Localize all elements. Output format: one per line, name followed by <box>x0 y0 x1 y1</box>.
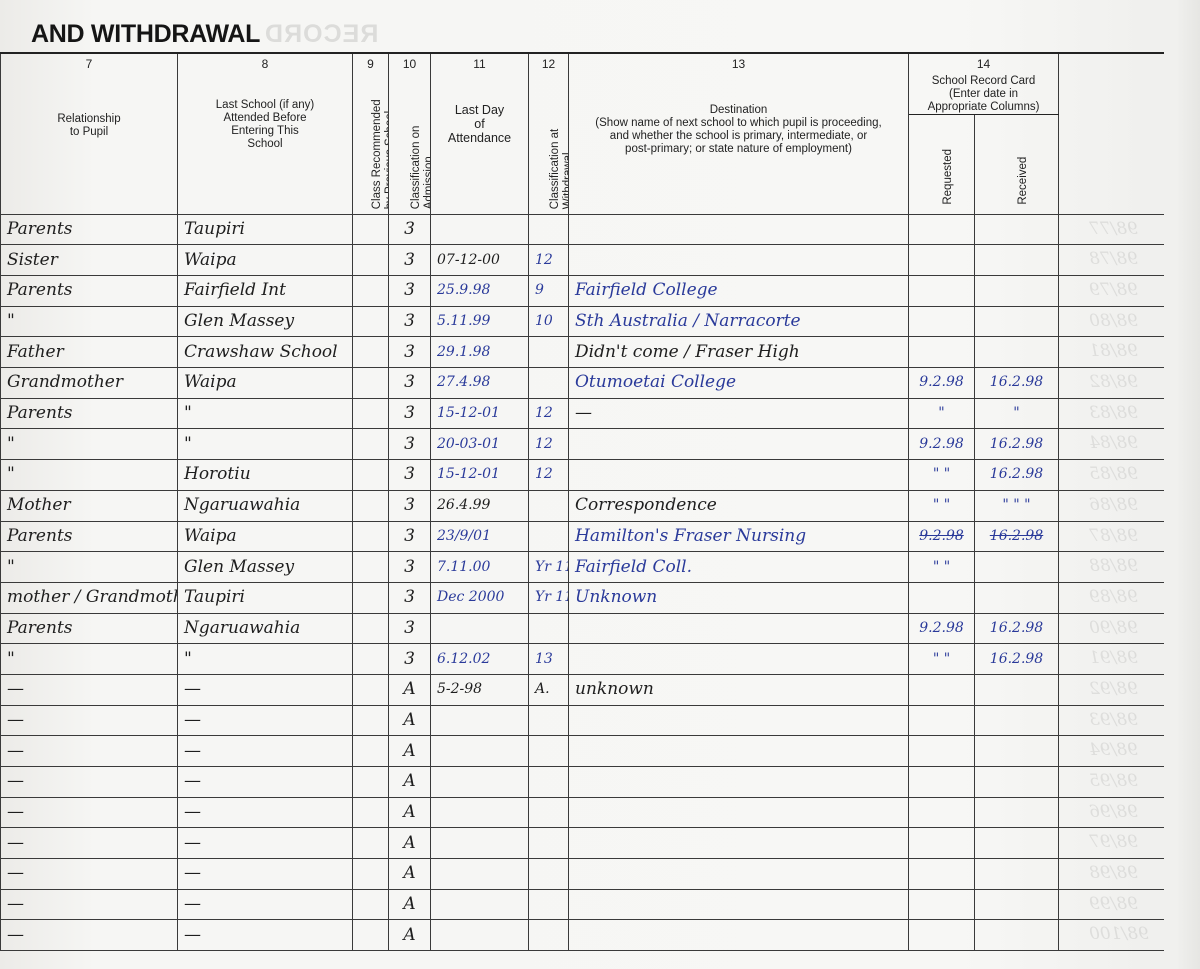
table-row: mother / GrandmotherTaupiri3Dec 2000Yr 1… <box>1 582 1164 613</box>
table-row: ParentsNgaruawahia39.2.9816.2.9898/90 <box>1 613 1164 644</box>
register-rows: ParentsTaupiri398/77SisterWaipa307-12-00… <box>1 214 1164 951</box>
header-last-school: 8 Last School (if any) Attended Before E… <box>178 53 353 214</box>
blank-cell: 98/88 <box>1059 552 1164 583</box>
record-requested-cell <box>909 828 975 859</box>
class-admission-cell: 3 <box>389 429 431 460</box>
class-admission-cell-text: 3 <box>389 553 430 582</box>
blank-cell: 98/87 <box>1059 521 1164 552</box>
destination-cell <box>569 429 909 460</box>
last-day-cell-text: 15-12-01 <box>431 460 528 489</box>
destination-cell <box>569 736 909 767</box>
last-day-cell: 15-12-01 <box>431 398 529 429</box>
class-admission-cell: 3 <box>389 398 431 429</box>
class-admission-cell: 3 <box>389 306 431 337</box>
record-requested-cell <box>909 705 975 736</box>
table-row: ——A98/94 <box>1 736 1164 767</box>
relationship-cell: — <box>1 705 178 736</box>
last-school-cell-text: " <box>178 645 352 674</box>
table-row: ——A98/97 <box>1 828 1164 859</box>
destination-cell <box>569 245 909 276</box>
blank-cell: 98/97 <box>1059 828 1164 859</box>
destination-cell: Hamilton's Fraser Nursing <box>569 521 909 552</box>
last-day-cell: 5.11.99 <box>431 306 529 337</box>
relationship-cell-text: — <box>1 767 177 796</box>
class-admission-cell: 3 <box>389 582 431 613</box>
record-requested-cell <box>909 306 975 337</box>
class-admission-cell-text: 3 <box>389 276 430 305</box>
class-recommended-cell <box>353 767 389 798</box>
class-admission-cell-text: 3 <box>389 399 430 428</box>
bleed-through-admission-number: 98/90 <box>1089 618 1138 638</box>
last-day-cell: 20-03-01 <box>431 429 529 460</box>
class-recommended-cell <box>353 889 389 920</box>
class-withdrawal-cell: 12 <box>529 429 569 460</box>
last-day-cell: 27.4.98 <box>431 368 529 399</box>
record-requested-cell-text: " " <box>909 460 974 489</box>
blank-cell: 98/95 <box>1059 767 1164 798</box>
last-day-cell: 07-12-00 <box>431 245 529 276</box>
header-destination: 13 Destination (Show name of next school… <box>569 53 909 214</box>
relationship-cell: " <box>1 552 178 583</box>
record-requested-cell: " " <box>909 460 975 491</box>
class-withdrawal-cell-text: 13 <box>529 645 568 674</box>
record-received-cell <box>975 705 1059 736</box>
record-received-cell: 16.2.98 <box>975 613 1059 644</box>
table-row: ""36.12.0213" "16.2.9898/91 <box>1 644 1164 675</box>
blank-cell: 98/83 <box>1059 398 1164 429</box>
class-admission-cell-text: 3 <box>389 246 430 275</box>
destination-cell <box>569 828 909 859</box>
last-school-cell: Glen Massey <box>178 306 353 337</box>
class-admission-cell-text: 3 <box>389 614 430 643</box>
blank-cell: 98/91 <box>1059 644 1164 675</box>
last-school-cell-text: Horotiu <box>178 460 352 489</box>
last-day-cell <box>431 613 529 644</box>
class-admission-cell: A <box>389 828 431 859</box>
table-row: ——A5-2-98A.unknown98/92 <box>1 674 1164 705</box>
destination-cell: unknown <box>569 674 909 705</box>
record-received-cell-text: 16.2.98 <box>975 645 1058 674</box>
record-received-cell <box>975 245 1059 276</box>
last-school-cell-text: — <box>178 859 352 888</box>
class-withdrawal-cell <box>529 613 569 644</box>
table-row: FatherCrawshaw School329.1.98Didn't come… <box>1 337 1164 368</box>
class-admission-cell: A <box>389 674 431 705</box>
relationship-cell-text: Sister <box>1 246 177 275</box>
record-requested-cell-text: 9.2.98 <box>909 368 974 397</box>
destination-cell <box>569 613 909 644</box>
last-day-cell: 25.9.98 <box>431 276 529 307</box>
relationship-cell: Parents <box>1 276 178 307</box>
record-received-cell-text: 16.2.98 <box>975 368 1058 397</box>
relationship-cell: Sister <box>1 245 178 276</box>
blank-cell: 98/81 <box>1059 337 1164 368</box>
last-school-cell: " <box>178 429 353 460</box>
last-school-cell-text: — <box>178 921 352 950</box>
relationship-cell: — <box>1 797 178 828</box>
table-row: ""320-03-01129.2.9816.2.9898/84 <box>1 429 1164 460</box>
record-requested-cell-text: " <box>909 399 974 428</box>
class-admission-cell-text: A <box>389 859 430 888</box>
relationship-cell: Parents <box>1 521 178 552</box>
blank-cell: 98/85 <box>1059 460 1164 491</box>
header-school-record-card: 14 School Record Card (Enter date in App… <box>909 53 1059 114</box>
destination-cell <box>569 920 909 951</box>
class-withdrawal-cell-text: 9 <box>529 276 568 305</box>
header-last-day: 11 Last Day of Attendance <box>431 53 529 214</box>
record-received-cell <box>975 337 1059 368</box>
last-day-cell <box>431 736 529 767</box>
last-day-cell-text: Dec 2000 <box>431 583 528 612</box>
record-requested-cell: " " <box>909 552 975 583</box>
bleed-through-admission-number: 98/92 <box>1089 679 1138 699</box>
table-row: "Glen Massey37.11.00Yr 11Fairfield Coll.… <box>1 552 1164 583</box>
class-withdrawal-cell <box>529 797 569 828</box>
last-school-cell: Ngaruawahia <box>178 613 353 644</box>
table-row: MotherNgaruawahia326.4.99Correspondence"… <box>1 490 1164 521</box>
record-requested-cell-text: 9.2.98 <box>909 522 974 551</box>
record-received-cell-text: 16.2.98 <box>975 522 1058 551</box>
bleed-through-admission-number: 98/86 <box>1089 495 1138 515</box>
bleed-through-admission-number: 98/80 <box>1089 311 1138 331</box>
record-requested-cell <box>909 767 975 798</box>
destination-cell-text: — <box>569 399 908 428</box>
blank-cell: 98/93 <box>1059 705 1164 736</box>
last-school-cell: — <box>178 889 353 920</box>
class-recommended-cell <box>353 736 389 767</box>
class-recommended-cell <box>353 276 389 307</box>
last-school-cell-text: " <box>178 399 352 428</box>
destination-cell: — <box>569 398 909 429</box>
last-school-cell: Horotiu <box>178 460 353 491</box>
class-recommended-cell <box>353 306 389 337</box>
record-requested-cell: 9.2.98 <box>909 613 975 644</box>
relationship-cell-text: — <box>1 829 177 858</box>
class-withdrawal-cell: Yr 11 <box>529 552 569 583</box>
bleed-through-admission-number: 98/81 <box>1089 341 1138 361</box>
blank-cell: 98/98 <box>1059 859 1164 890</box>
admission-withdrawal-register: 7 Relationship to Pupil 8 Last School (i… <box>0 52 1164 951</box>
record-received-cell-text: 16.2.98 <box>975 460 1058 489</box>
last-day-cell <box>431 767 529 798</box>
last-school-cell-text: " <box>178 430 352 459</box>
relationship-cell: Parents <box>1 214 178 245</box>
class-withdrawal-cell <box>529 337 569 368</box>
class-admission-cell: A <box>389 889 431 920</box>
class-admission-cell-text: 3 <box>389 307 430 336</box>
class-admission-cell: A <box>389 705 431 736</box>
class-recommended-cell <box>353 859 389 890</box>
table-row: ——A98/100 <box>1 920 1164 951</box>
class-admission-cell: 3 <box>389 276 431 307</box>
header-classification-admission: 10 Classification onAdmission <box>389 53 431 214</box>
relationship-cell: — <box>1 828 178 859</box>
record-requested-cell: 9.2.98 <box>909 368 975 399</box>
destination-cell <box>569 214 909 245</box>
last-day-cell-text: 20-03-01 <box>431 430 528 459</box>
table-row: ——A98/96 <box>1 797 1164 828</box>
record-received-cell-text: " " " <box>975 491 1058 520</box>
last-school-cell: — <box>178 736 353 767</box>
record-received-cell: 16.2.98 <box>975 368 1059 399</box>
record-received-cell <box>975 767 1059 798</box>
table-row: Parents"315-12-0112—""98/83 <box>1 398 1164 429</box>
last-school-cell: Taupiri <box>178 214 353 245</box>
destination-cell: Fairfield College <box>569 276 909 307</box>
record-received-cell <box>975 276 1059 307</box>
last-day-cell-text: 6.12.02 <box>431 645 528 674</box>
class-withdrawal-cell-text: 12 <box>529 430 568 459</box>
class-admission-cell-text: A <box>389 890 430 919</box>
class-admission-cell-text: A <box>389 675 430 704</box>
record-requested-cell-text: " " <box>909 553 974 582</box>
destination-cell: Sth Australia / Narracorte <box>569 306 909 337</box>
record-requested-cell-text: " " <box>909 645 974 674</box>
record-received-cell <box>975 859 1059 890</box>
relationship-cell-text: " <box>1 307 177 336</box>
relationship-cell: — <box>1 859 178 890</box>
destination-cell <box>569 767 909 798</box>
record-requested-cell: " " <box>909 490 975 521</box>
last-day-cell <box>431 859 529 890</box>
last-school-cell-text: — <box>178 890 352 919</box>
blank-cell: 98/100 <box>1059 920 1164 951</box>
last-school-cell-text: Waipa <box>178 246 352 275</box>
relationship-cell: Mother <box>1 490 178 521</box>
class-admission-cell: 3 <box>389 521 431 552</box>
class-recommended-cell <box>353 245 389 276</box>
destination-cell: Fairfield Coll. <box>569 552 909 583</box>
last-school-cell: Ngaruawahia <box>178 490 353 521</box>
class-recommended-cell <box>353 460 389 491</box>
blank-cell: 98/89 <box>1059 582 1164 613</box>
bleed-through-admission-number: 98/88 <box>1089 556 1138 576</box>
record-requested-cell <box>909 797 975 828</box>
class-admission-cell: 3 <box>389 490 431 521</box>
last-day-cell: 6.12.02 <box>431 644 529 675</box>
bleed-through-title: RECORD <box>264 20 378 49</box>
last-school-cell-text: Crawshaw School <box>178 338 352 367</box>
last-school-cell-text: Glen Massey <box>178 307 352 336</box>
class-withdrawal-cell: 12 <box>529 460 569 491</box>
class-withdrawal-cell: 9 <box>529 276 569 307</box>
table-row: GrandmotherWaipa327.4.98Otumoetai Colleg… <box>1 368 1164 399</box>
last-day-cell: 23/9/01 <box>431 521 529 552</box>
page-title: AND WITHDRAWAL <box>31 20 260 49</box>
bleed-through-admission-number: 98/82 <box>1089 372 1138 392</box>
relationship-cell: " <box>1 429 178 460</box>
relationship-cell: Grandmother <box>1 368 178 399</box>
blank-cell: 98/96 <box>1059 797 1164 828</box>
record-requested-cell <box>909 859 975 890</box>
class-withdrawal-cell <box>529 490 569 521</box>
class-withdrawal-cell <box>529 920 569 951</box>
blank-cell: 98/80 <box>1059 306 1164 337</box>
record-received-cell: " <box>975 398 1059 429</box>
last-day-cell-text: 5-2-98 <box>431 675 528 704</box>
class-admission-cell: 3 <box>389 460 431 491</box>
class-recommended-cell <box>353 521 389 552</box>
last-school-cell: — <box>178 920 353 951</box>
class-admission-cell: A <box>389 859 431 890</box>
last-day-cell <box>431 889 529 920</box>
record-received-cell <box>975 306 1059 337</box>
record-requested-cell <box>909 920 975 951</box>
last-school-cell: — <box>178 859 353 890</box>
blank-cell: 98/78 <box>1059 245 1164 276</box>
last-day-cell <box>431 214 529 245</box>
record-received-cell-text: " <box>975 399 1058 428</box>
last-school-cell-text: Ngaruawahia <box>178 614 352 643</box>
bleed-through-admission-number: 98/77 <box>1089 219 1138 239</box>
blank-cell: 98/79 <box>1059 276 1164 307</box>
last-school-cell-text: Waipa <box>178 522 352 551</box>
class-recommended-cell <box>353 644 389 675</box>
class-withdrawal-cell-text: 12 <box>529 460 568 489</box>
last-school-cell-text: — <box>178 829 352 858</box>
last-school-cell: Crawshaw School <box>178 337 353 368</box>
destination-cell-text: Otumoetai College <box>569 368 908 397</box>
relationship-cell-text: Mother <box>1 491 177 520</box>
relationship-cell: — <box>1 920 178 951</box>
bleed-through-admission-number: 98/79 <box>1089 280 1138 300</box>
relationship-cell-text: Parents <box>1 399 177 428</box>
class-recommended-cell <box>353 490 389 521</box>
class-recommended-cell <box>353 552 389 583</box>
relationship-cell-text: Parents <box>1 276 177 305</box>
relationship-cell-text: — <box>1 859 177 888</box>
blank-cell: 98/99 <box>1059 889 1164 920</box>
bleed-through-admission-number: 98/78 <box>1089 249 1138 269</box>
relationship-cell-text: Father <box>1 338 177 367</box>
relationship-cell: — <box>1 674 178 705</box>
class-withdrawal-cell-text: Yr 11 <box>529 553 568 582</box>
last-day-cell: 7.11.00 <box>431 552 529 583</box>
last-school-cell-text: Ngaruawahia <box>178 491 352 520</box>
bleed-through-admission-number: 98/84 <box>1089 433 1138 453</box>
blank-cell: 98/86 <box>1059 490 1164 521</box>
last-day-cell: Dec 2000 <box>431 582 529 613</box>
relationship-cell: " <box>1 460 178 491</box>
class-withdrawal-cell: Yr 11 <box>529 582 569 613</box>
record-received-cell <box>975 920 1059 951</box>
last-school-cell: — <box>178 705 353 736</box>
record-requested-cell <box>909 674 975 705</box>
record-requested-cell <box>909 245 975 276</box>
header-requested: Requested <box>909 114 975 214</box>
record-received-cell <box>975 214 1059 245</box>
class-admission-cell: 3 <box>389 368 431 399</box>
destination-cell-text: unknown <box>569 675 908 704</box>
class-admission-cell-text: A <box>389 798 430 827</box>
class-recommended-cell <box>353 398 389 429</box>
last-day-cell-text: 23/9/01 <box>431 522 528 551</box>
class-admission-cell: 3 <box>389 337 431 368</box>
bleed-through-admission-number: 98/87 <box>1089 526 1138 546</box>
destination-cell: Didn't come / Fraser High <box>569 337 909 368</box>
class-recommended-cell <box>353 429 389 460</box>
class-admission-cell-text: 3 <box>389 430 430 459</box>
destination-cell-text: Fairfield College <box>569 276 908 305</box>
last-school-cell-text: Waipa <box>178 368 352 397</box>
last-school-cell-text: — <box>178 798 352 827</box>
class-admission-cell: 3 <box>389 214 431 245</box>
relationship-cell: Father <box>1 337 178 368</box>
class-admission-cell-text: 3 <box>389 522 430 551</box>
record-requested-cell <box>909 889 975 920</box>
last-day-cell <box>431 920 529 951</box>
class-admission-cell-text: 3 <box>389 491 430 520</box>
last-school-cell: Waipa <box>178 245 353 276</box>
class-withdrawal-cell <box>529 705 569 736</box>
last-school-cell: " <box>178 398 353 429</box>
bleed-through-admission-number: 98/83 <box>1089 403 1138 423</box>
class-withdrawal-cell: A. <box>529 674 569 705</box>
destination-cell <box>569 705 909 736</box>
record-requested-cell: 9.2.98 <box>909 429 975 460</box>
record-requested-cell <box>909 736 975 767</box>
class-withdrawal-cell: 10 <box>529 306 569 337</box>
last-day-cell-text: 29.1.98 <box>431 338 528 367</box>
record-received-cell: 16.2.98 <box>975 429 1059 460</box>
class-withdrawal-cell <box>529 828 569 859</box>
destination-cell-text: Correspondence <box>569 491 908 520</box>
bleed-through-admission-number: 98/97 <box>1089 832 1138 852</box>
relationship-cell: Parents <box>1 398 178 429</box>
relationship-cell-text: — <box>1 890 177 919</box>
class-recommended-cell <box>353 214 389 245</box>
record-received-cell: 16.2.98 <box>975 521 1059 552</box>
bleed-through-admission-number: 98/99 <box>1089 894 1138 914</box>
header-received: Received <box>975 114 1059 214</box>
last-day-cell-text: 26.4.99 <box>431 491 528 520</box>
record-requested-cell-text: 9.2.98 <box>909 430 974 459</box>
class-admission-cell: 3 <box>389 613 431 644</box>
class-withdrawal-cell <box>529 521 569 552</box>
bleed-through-admission-number: 98/94 <box>1089 740 1138 760</box>
last-school-cell: " <box>178 644 353 675</box>
header-classification-withdrawal: 12 Classification atWithdrawal <box>529 53 569 214</box>
bleed-through-admission-number: 98/89 <box>1089 587 1138 607</box>
relationship-cell: " <box>1 306 178 337</box>
last-day-cell: 26.4.99 <box>431 490 529 521</box>
blank-cell: 98/82 <box>1059 368 1164 399</box>
class-admission-cell: A <box>389 920 431 951</box>
blank-cell: 98/77 <box>1059 214 1164 245</box>
class-admission-cell: 3 <box>389 245 431 276</box>
bleed-through-admission-number: 98/93 <box>1089 710 1138 730</box>
class-recommended-cell <box>353 613 389 644</box>
record-received-cell: 16.2.98 <box>975 460 1059 491</box>
class-withdrawal-cell-text: 12 <box>529 399 568 428</box>
record-requested-cell <box>909 582 975 613</box>
relationship-cell: mother / Grandmother <box>1 582 178 613</box>
class-admission-cell: 3 <box>389 644 431 675</box>
destination-cell <box>569 889 909 920</box>
record-requested-cell-text: " " <box>909 491 974 520</box>
record-received-cell <box>975 889 1059 920</box>
table-row: ——A98/98 <box>1 859 1164 890</box>
table-row: ParentsFairfield Int325.9.989Fairfield C… <box>1 276 1164 307</box>
last-school-cell: Waipa <box>178 521 353 552</box>
record-received-cell <box>975 582 1059 613</box>
class-withdrawal-cell: 12 <box>529 398 569 429</box>
class-admission-cell-text: 3 <box>389 368 430 397</box>
class-admission-cell-text: A <box>389 829 430 858</box>
destination-cell <box>569 644 909 675</box>
destination-cell-text: Unknown <box>569 583 908 612</box>
last-school-cell: — <box>178 674 353 705</box>
